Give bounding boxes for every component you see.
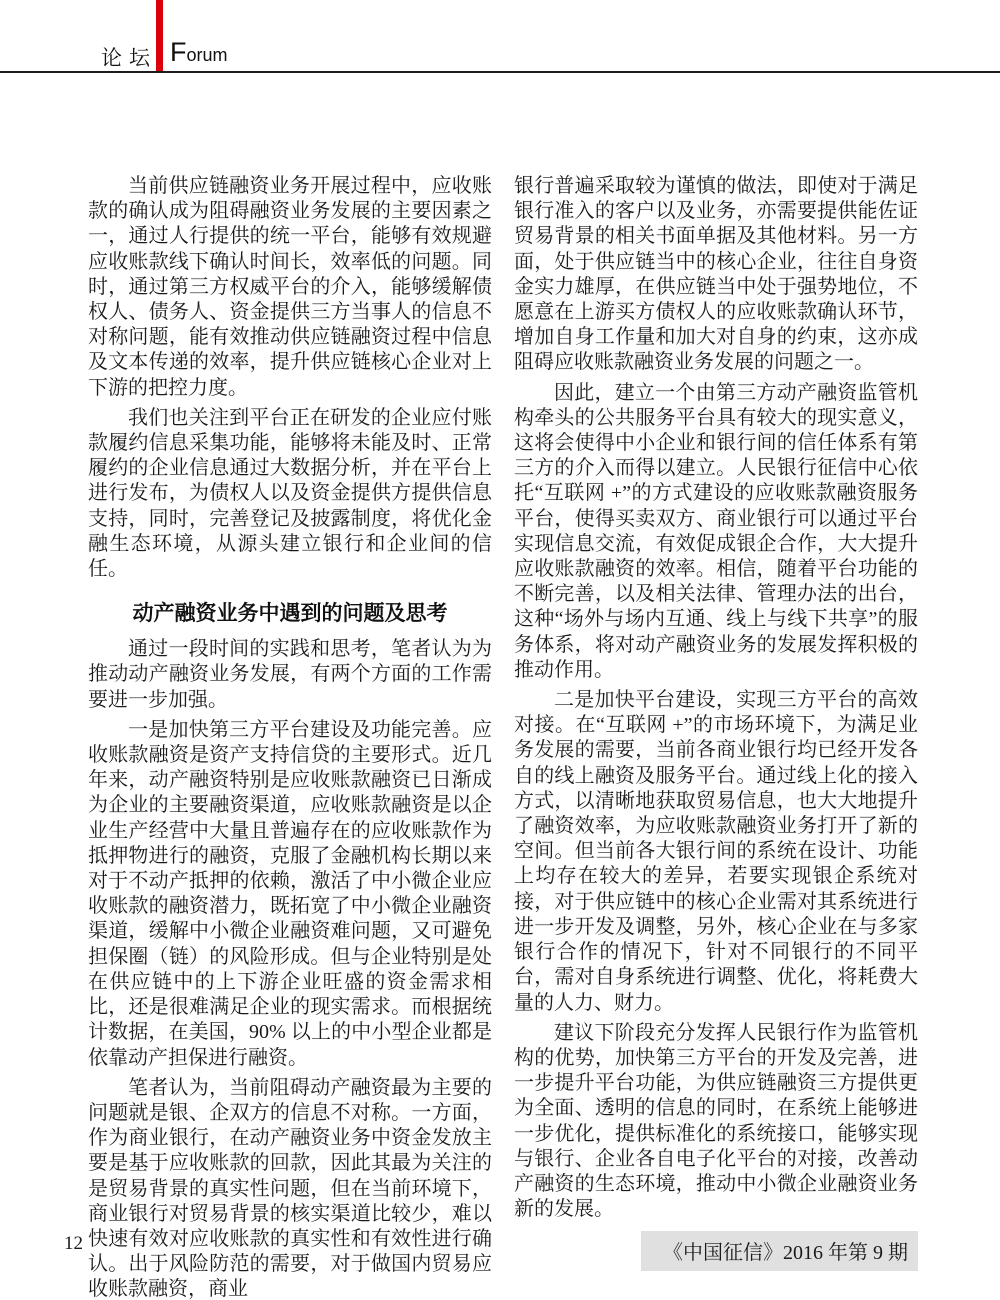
article-right-column: 银行普遍采取较为谨慎的做法，即使对于满足银行准入的客户以及业务，亦需要提供能佐证… bbox=[514, 174, 918, 1271]
page-number: 12 bbox=[64, 1233, 83, 1255]
paragraph-two-areas-intro: 通过一段时间的实践和思考，笔者认为为推动动产融资业务发展，有两个方面的工作需要进… bbox=[88, 637, 492, 713]
section-title-chinese: 论坛 bbox=[101, 42, 157, 72]
article-left-column: 当前供应链融资业务开展过程中，应收账款的确认成为阻碍融资业务发展的主要因素之一，… bbox=[88, 174, 492, 1300]
paragraph-first-point-platform-building: 一是加快第三方平台建设及功能完善。应收账款融资是资产支持信贷的主要形式。近几年来… bbox=[88, 718, 492, 1071]
masthead-accent-bar bbox=[156, 0, 163, 72]
paragraph-payables-data-collection: 我们也关注到平台正在研发的企业应付账款履约信息采集功能，能够将未能及时、正常履约… bbox=[88, 406, 492, 582]
paragraph-information-asymmetry: 笔者认为，当前阻碍动产融资最为主要的问题就是银、企双方的信息不对称。一方面，作为… bbox=[88, 1076, 492, 1300]
article-section-heading: 动产融资业务中遇到的问题及思考 bbox=[88, 597, 492, 627]
header-divider-rule bbox=[0, 71, 1000, 73]
paragraph-recommendations: 建议下阶段充分发挥人民银行作为监管机构的优势，加快第三方平台的开发及完善，进一步… bbox=[514, 1021, 918, 1223]
citation-row: 《中国征信》2016 年第 9 期 bbox=[514, 1231, 918, 1271]
paragraph-third-party-public-platform: 因此，建立一个由第三方动产融资监管机构牵头的公共服务平台具有较大的现实意义，这将… bbox=[514, 381, 918, 683]
section-title-english-rest: orum bbox=[187, 45, 228, 65]
source-citation: 《中国征信》2016 年第 9 期 bbox=[641, 1231, 918, 1271]
magazine-page: 论坛 Forum 当前供应链融资业务开展过程中，应收账款的确认成为阻碍融资业务发… bbox=[0, 0, 1000, 1300]
paragraph-bank-prudence-continued: 银行普遍采取较为谨慎的做法，即使对于满足银行准入的客户以及业务，亦需要提供能佐证… bbox=[514, 174, 918, 376]
section-title-english-initial: F bbox=[170, 37, 187, 67]
section-title-english: Forum bbox=[170, 38, 228, 71]
paragraph-supply-chain-platform: 当前供应链融资业务开展过程中，应收账款的确认成为阻碍融资业务发展的主要因素之一，… bbox=[88, 174, 492, 401]
paragraph-second-point-system-integration: 二是加快平台建设，实现三方平台的高效对接。在“互联网 +”的市场环境下，为满足业… bbox=[514, 688, 918, 1016]
